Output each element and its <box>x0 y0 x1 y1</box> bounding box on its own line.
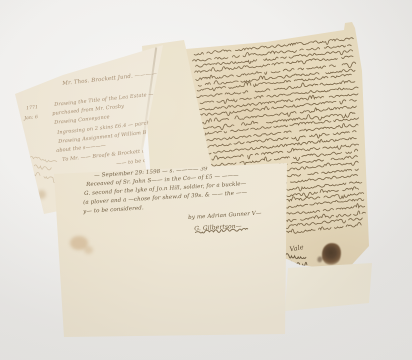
vale-inscription: Vale <box>289 244 304 254</box>
handwritten-line: Jan: 6 <box>24 115 38 121</box>
foxing-stain <box>37 190 46 199</box>
ink-blot <box>320 241 344 267</box>
handwritten-line: about the s———— <box>56 143 106 154</box>
handwritten-line: 1771 <box>26 105 38 111</box>
foxing-stain <box>84 246 93 254</box>
handwritten-line: Drawing Conveyance <box>54 114 110 125</box>
documents-photo: Vale Mr. Thos. Brockett Jund. ———— Dr177… <box>0 0 412 360</box>
handwritten-line: y— to be considered. <box>83 204 144 214</box>
handwritten-line: by me Adrian Gunner V— <box>188 210 262 221</box>
handwritten-line: G. Gilbertson— <box>194 222 242 232</box>
